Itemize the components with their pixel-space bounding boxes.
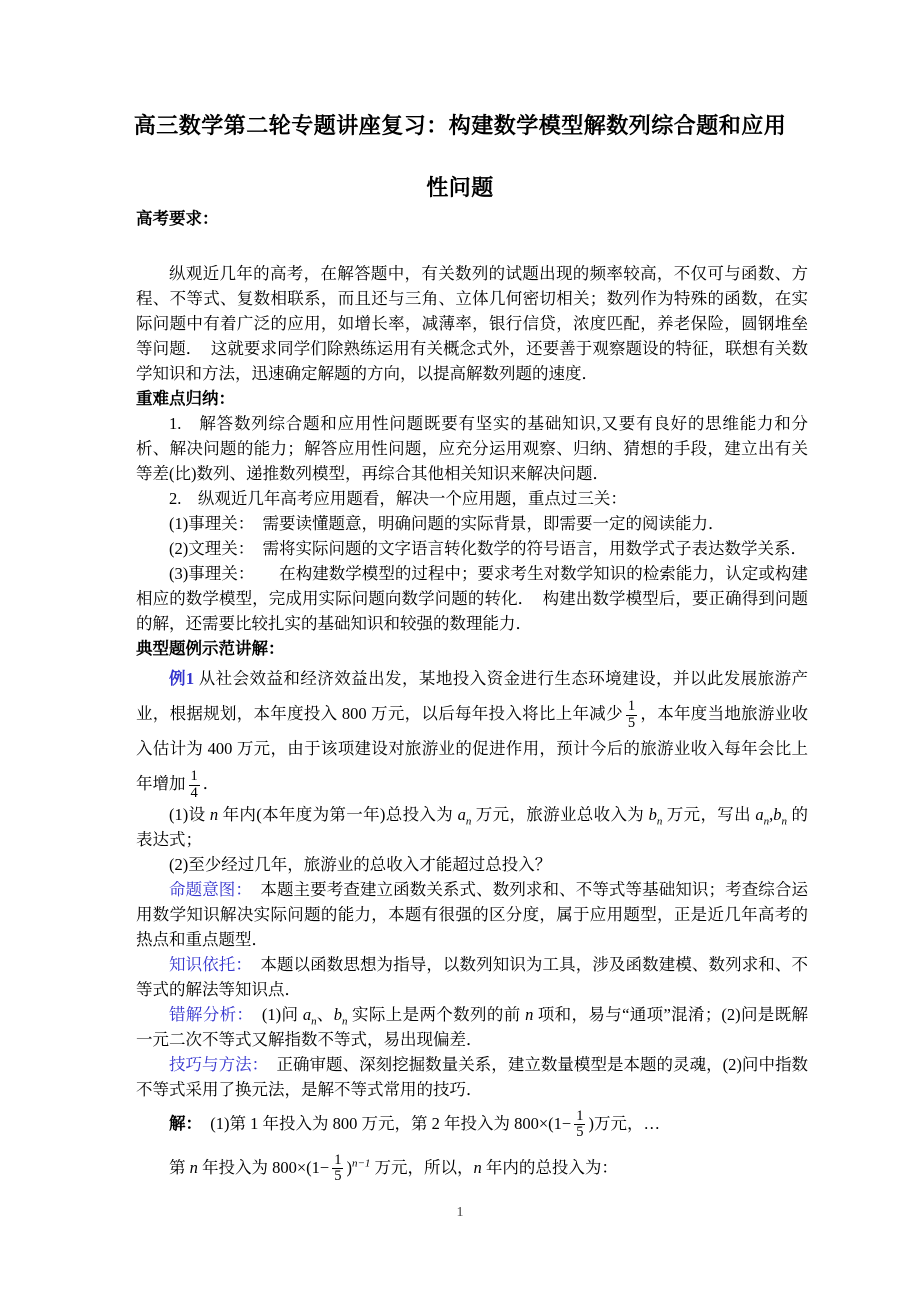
text-run: 第 xyxy=(169,1158,190,1177)
heading-exam-requirements: 高考要求： xyxy=(136,206,808,231)
text-run: (1)第 xyxy=(194,1114,250,1133)
text-run: 年投入为 xyxy=(258,1114,332,1133)
text-run: 1. 解答数列综合题和应用性问题既要有坚实的基础知识,又要有良好的思维能力和分析… xyxy=(136,414,808,483)
text-run: 万元，由于该项建设对旅游业的促进作用，预计今后的旅游业收入每年会比上年增加 xyxy=(136,739,808,793)
document-title: 高三数学第二轮专题讲座复习：构建数学模型解数列综合题和应用 性问题 xyxy=(0,112,920,202)
fraction-numerator: 1 xyxy=(189,769,200,786)
document-page: 高三数学第二轮专题讲座复习：构建数学模型解数列综合题和应用 性问题 高考要求：纵… xyxy=(0,0,920,1302)
text-run: ． xyxy=(203,774,220,793)
fraction-numerator: 1 xyxy=(574,1109,585,1126)
text-run: 、 xyxy=(317,1005,334,1024)
text-run: 年内(本年度为第一年)总投入为 xyxy=(218,805,457,824)
text-run: n xyxy=(210,805,218,824)
fraction-numerator: 1 xyxy=(332,1153,343,1170)
text-run: 技巧与方法： xyxy=(169,1055,260,1074)
text-run: 实际上是两个数列的前 xyxy=(348,1005,526,1024)
text-run: 重难点归纳： xyxy=(136,389,235,408)
text-run: 800×(1− xyxy=(514,1114,571,1133)
text-run: 万元，旅游业总收入为 xyxy=(471,805,648,824)
text-run: 万元，以后每年投入将比上年减少 xyxy=(367,704,623,723)
para-knowledge: 知识依托： 本题以函数思想为指导，以数列知识为工具，涉及函数建模、数列求和、不等… xyxy=(136,952,808,1002)
fraction: 15 xyxy=(332,1153,343,1185)
document-title-line2: 性问题 xyxy=(0,174,920,202)
text-run: 年投入为 xyxy=(440,1114,514,1133)
fraction: 15 xyxy=(626,699,637,731)
text-run: b xyxy=(773,805,781,824)
text-run: 万元，第 xyxy=(357,1114,431,1133)
para-example-1: 例1 从社会效益和经济效益出发，某地投入资金进行生态环境建设，并以此发展旅游产业… xyxy=(136,661,808,802)
text-run: 典型题例示范讲解： xyxy=(136,639,285,658)
para-question-1: (1)设 n 年内(本年度为第一年)总投入为 an 万元，旅游业总收入为 bn … xyxy=(136,802,808,852)
text-run: 万元，… xyxy=(594,1114,660,1133)
text-run: a xyxy=(303,1005,311,1024)
text-run: a xyxy=(755,805,763,824)
text-run: a xyxy=(458,805,466,824)
superscript: n−1 xyxy=(352,1157,370,1169)
text-run: 高考要求： xyxy=(136,209,219,228)
text-run: 800 xyxy=(342,704,367,723)
para-error-analysis: 错解分析： (1)问 an、bn 实际上是两个数列的前 n 项和，易与“通项”混… xyxy=(136,1002,808,1052)
heading-typical-examples: 典型题例示范讲解： xyxy=(136,636,808,661)
fraction-denominator: 5 xyxy=(626,716,637,732)
document-title-line1: 高三数学第二轮专题讲座复习：构建数学模型解数列综合题和应用 xyxy=(0,112,920,140)
para-gate-3: (3)事理关： 在构建数学模型的过程中；要求考生对数学知识的检索能力，认定或构建… xyxy=(136,561,808,636)
text-run: 800×(1− xyxy=(272,1158,329,1177)
fraction-denominator: 4 xyxy=(189,786,200,802)
para-solution-line-1: 解： (1)第 1 年投入为 800 万元，第 2 年投入为 800×(1−15… xyxy=(136,1102,808,1146)
text-run: 年内的总投入为： xyxy=(482,1158,618,1177)
text-run: n xyxy=(474,1158,482,1177)
text-run: b xyxy=(649,805,657,824)
fraction: 14 xyxy=(189,769,200,801)
para-intent: 命题意图： 本题主要考查建立函数关系式、数列求和、不等式等基础知识；考查综合运用… xyxy=(136,877,808,952)
text-run: n xyxy=(190,1158,198,1177)
fraction-numerator: 1 xyxy=(626,699,637,716)
text-run: 纵观近几年的高考，在解答题中，有关数列的试题出现的频率较高，不仅可与函数、方程、… xyxy=(136,264,808,383)
text-run: (1)事理关： 需要读懂题意，明确问题的实际背景，即需要一定的阅读能力． xyxy=(169,514,725,533)
text-run: 万元，所以， xyxy=(370,1158,473,1177)
text-run: b xyxy=(334,1005,342,1024)
para-point-1: 1. 解答数列综合题和应用性问题既要有坚实的基础知识,又要有良好的思维能力和分析… xyxy=(136,411,808,486)
para-gate-1: (1)事理关： 需要读懂题意，明确问题的实际背景，即需要一定的阅读能力． xyxy=(136,511,808,536)
page-number: 1 xyxy=(0,1205,920,1221)
text-run: 错解分析： xyxy=(169,1005,245,1024)
text-run: 400 xyxy=(208,739,233,758)
text-run: 解： xyxy=(169,1114,194,1133)
text-run: 万元，写出 xyxy=(662,805,755,824)
text-run: 2. 纵观近几年高考应用题看，解决一个应用题，重点过三关： xyxy=(169,489,627,508)
text-run: (1)设 xyxy=(169,805,210,824)
para-gate-2: (2)文理关： 需将实际问题的文字语言转化数学的符号语言，用数学式子表达数学关系… xyxy=(136,536,808,561)
fraction-denominator: 5 xyxy=(332,1169,343,1185)
para-technique: 技巧与方法： 正确审题、深刻挖掘数量关系，建立数量模型是本题的灵魂，(2)问中指… xyxy=(136,1052,808,1102)
fraction: 15 xyxy=(574,1109,585,1141)
text-run: (2)文理关： 需将实际问题的文字语言转化数学的符号语言，用数学式子表达数学关系… xyxy=(169,539,807,558)
text-run: 命题意图： xyxy=(169,880,244,899)
text-run: 年投入为 xyxy=(198,1158,272,1177)
para-point-2: 2. 纵观近几年高考应用题看，解决一个应用题，重点过三关： xyxy=(136,486,808,511)
text-run: 2 xyxy=(432,1114,440,1133)
text-run: (3)事理关： 在构建数学模型的过程中；要求考生对数学知识的检索能力，认定或构建… xyxy=(136,564,808,633)
para-overview: 纵观近几年的高考，在解答题中，有关数列的试题出现的频率较高，不仅可与函数、方程、… xyxy=(136,261,808,386)
para-question-2: (2)至少经过几年，旅游业的总收入才能超过总投入？ xyxy=(136,852,808,877)
text-run: 例1 xyxy=(169,669,194,688)
heading-key-points: 重难点归纳： xyxy=(136,386,808,411)
text-run: 800 xyxy=(333,1114,358,1133)
text-run: (2)至少经过几年，旅游业的总收入才能超过总投入？ xyxy=(169,855,551,874)
document-body: 高考要求：纵观近几年的高考，在解答题中，有关数列的试题出现的频率较高，不仅可与函… xyxy=(136,206,808,1190)
text-run: 知识依托： xyxy=(169,955,244,974)
fraction-denominator: 5 xyxy=(574,1125,585,1141)
text-run: (1)问 xyxy=(245,1005,303,1024)
para-solution-line-2: 第 n 年投入为 800×(1−15)n−1 万元，所以，n 年内的总投入为： xyxy=(136,1146,808,1190)
